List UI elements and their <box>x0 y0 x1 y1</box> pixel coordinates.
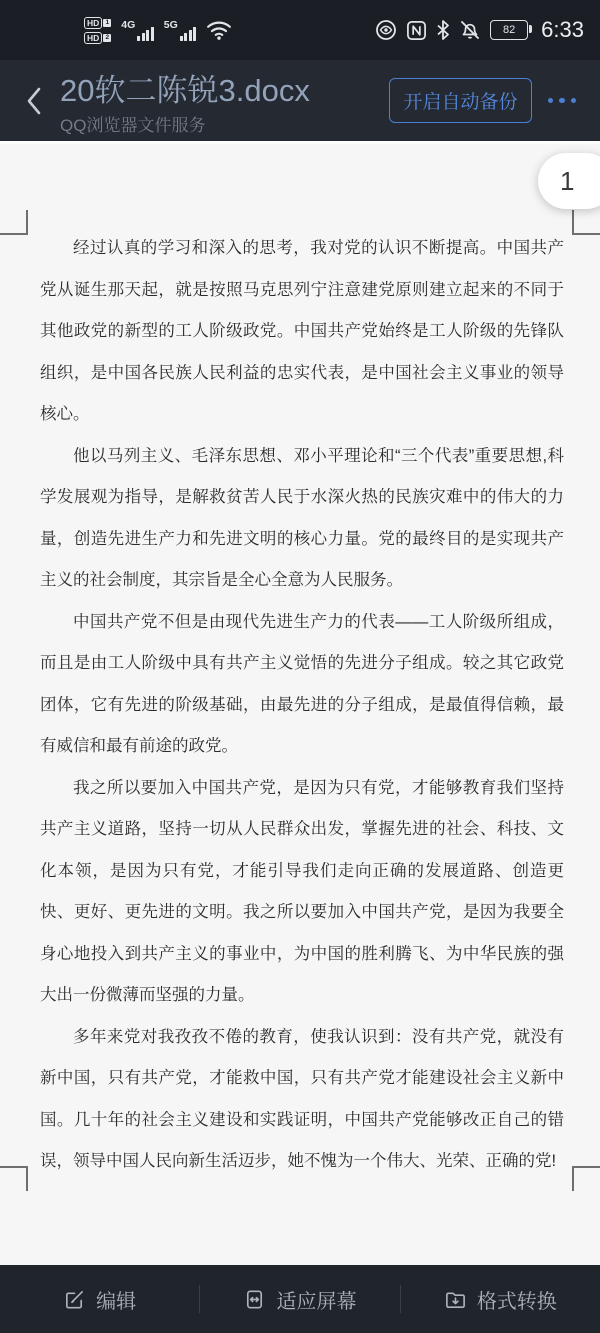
nfc-icon <box>406 20 427 41</box>
document-title: 20软二陈锐3.docx <box>60 65 375 110</box>
document-body: 经过认真的学习和深入的思考，我对党的认识不断提高。中国共产党从诞生那天起，就是按… <box>40 228 564 1183</box>
auto-backup-button[interactable]: 开启自动备份 <box>389 78 531 123</box>
dot-icon <box>559 98 565 104</box>
back-button[interactable] <box>22 84 46 118</box>
format-convert-label: 格式转换 <box>477 1285 557 1314</box>
page-number: 1 <box>560 166 574 197</box>
status-time: 6:33 <box>541 17 584 43</box>
header: 20软二陈锐3.docx QQ浏览器文件服务 开启自动备份 <box>0 60 600 141</box>
signal-bars-icon <box>180 25 197 41</box>
signal-bars-icon <box>137 25 154 41</box>
format-convert-icon <box>444 1288 467 1311</box>
page-corner-mark <box>572 210 600 235</box>
bottom-toolbar: 编辑 适应屏幕 格式转换 <box>0 1265 600 1333</box>
edit-label: 编辑 <box>96 1285 136 1314</box>
phone-screen: HD 1 HD 2 4G 5G <box>0 0 600 1333</box>
paragraph: 多年来党对我孜孜不倦的教育，使我认识到：没有共产党，就没有新中国，只有共产党，才… <box>40 1017 564 1183</box>
page-corner-mark <box>572 1166 600 1191</box>
edit-button[interactable]: 编辑 <box>0 1265 199 1333</box>
battery-percent: 82 <box>503 24 515 36</box>
chevron-left-icon <box>22 84 46 118</box>
bluetooth-icon <box>436 19 450 41</box>
paragraph: 我之所以要加入中国共产党，是因为只有党，才能够教育我们坚持共产主义道路，坚持一切… <box>40 768 564 1017</box>
dot-icon <box>571 98 577 104</box>
page-number-indicator[interactable]: 1 <box>538 153 600 209</box>
fit-screen-icon <box>243 1288 266 1311</box>
document-viewer: 1 经过认真的学习和深入的思考，我对党的认识不断提高。中国共产党从诞生那天起，就… <box>0 141 600 1265</box>
format-convert-button[interactable]: 格式转换 <box>401 1265 600 1333</box>
document-subtitle: QQ浏览器文件服务 <box>60 111 375 136</box>
hd1-label: HD <box>84 17 102 29</box>
paragraph: 经过认真的学习和深入的思考，我对党的认识不断提高。中国共产党从诞生那天起，就是按… <box>40 228 564 436</box>
status-right-cluster: 82 6:33 <box>375 17 584 43</box>
hd-voice-icon: HD 1 HD 2 <box>84 17 111 44</box>
paragraph: 中国共产党不但是由现代先进生产力的代表——工人阶级所组成，而且是由工人阶级中具有… <box>40 602 564 768</box>
fit-screen-label: 适应屏幕 <box>276 1285 356 1314</box>
signal-5g-icon: 5G <box>164 19 197 41</box>
edit-icon <box>63 1288 86 1311</box>
signal-4g-icon: 4G <box>121 19 154 41</box>
status-bar: HD 1 HD 2 4G 5G <box>0 0 600 60</box>
hd2-label: HD <box>84 32 102 44</box>
hd1-sub: 1 <box>103 19 111 27</box>
page-corner-mark <box>0 1166 28 1191</box>
eye-protection-icon <box>375 19 397 41</box>
battery-icon: 82 <box>490 20 528 40</box>
paragraph: 他以马列主义、毛泽东思想、邓小平理论和“三个代表”重要思想,科学发展观为指导，是… <box>40 436 564 602</box>
more-menu-button[interactable] <box>546 92 579 110</box>
title-block: 20软二陈锐3.docx QQ浏览器文件服务 <box>60 65 375 136</box>
wifi-icon <box>206 19 232 41</box>
hd2-sub: 2 <box>103 34 111 42</box>
mute-icon <box>459 19 481 41</box>
page-corner-mark <box>0 210 28 235</box>
fit-screen-button[interactable]: 适应屏幕 <box>200 1265 399 1333</box>
status-left-cluster: HD 1 HD 2 4G 5G <box>84 17 232 44</box>
dot-icon <box>548 98 554 104</box>
